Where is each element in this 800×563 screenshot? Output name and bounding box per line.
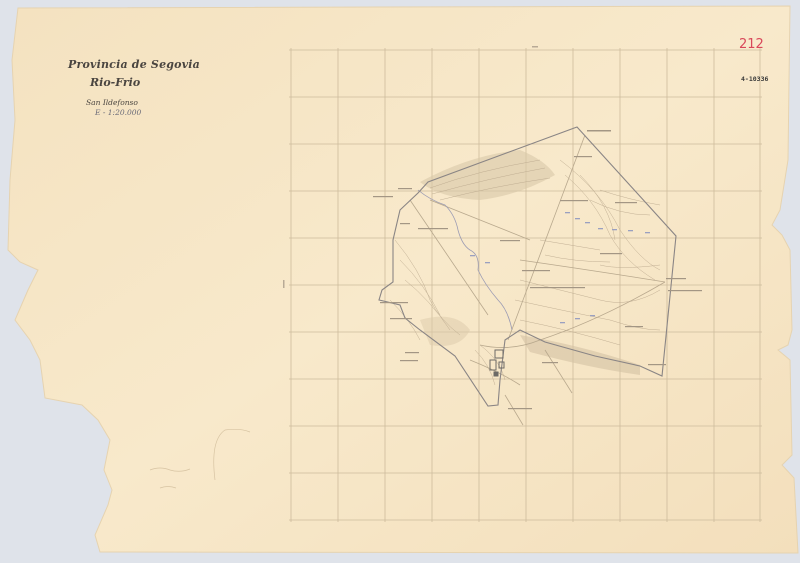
municipality-label: San Ildefonso xyxy=(86,98,138,107)
province-title: Provincia de Segovia xyxy=(68,58,200,71)
map-name: Rio-Frio xyxy=(90,76,140,89)
sheet-number: 212 xyxy=(739,37,764,52)
scale-label: E - 1:20.000 xyxy=(95,108,141,117)
reference-number: 4-10336 xyxy=(741,75,768,83)
